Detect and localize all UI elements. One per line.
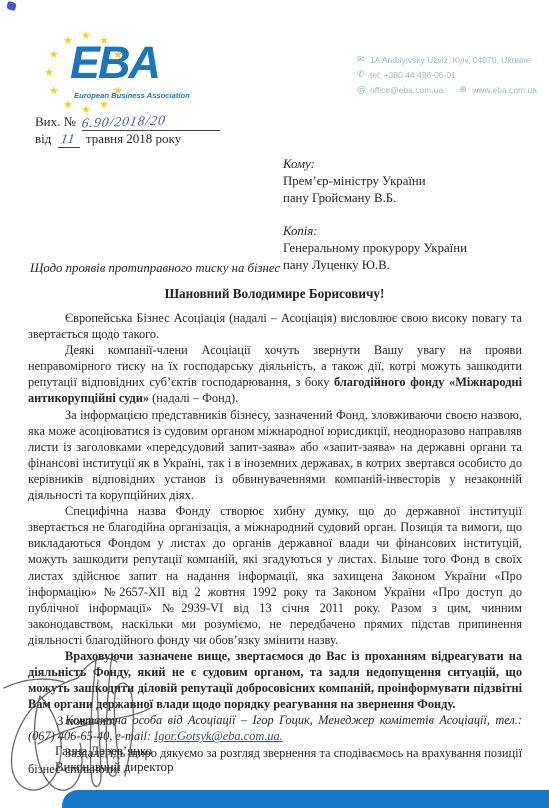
body-paragraph-1: Європейська Бізнес Асоціація (надалі – А…: [28, 310, 522, 342]
logo-acronym: EBA: [70, 40, 159, 85]
ref-date-prefix: від: [35, 131, 51, 146]
recipient-copy-line: Генеральному прокурору України: [283, 240, 467, 257]
contact-phone-row: ✆ tel: +380 44 496-06-01: [357, 70, 542, 80]
recipient-to-line: пану Гройсману В.Б.: [283, 190, 467, 207]
signer-block: Ганна Дерев’янко Виконавчий директор: [55, 743, 173, 775]
contact-person-email-link[interactable]: Igor.Gotsyk@eba.com.ua.: [154, 729, 283, 743]
subject-line: Щодо проявів протиправного тиску на бізн…: [30, 261, 280, 276]
contact-web-row: @ office@eba.com.ua ⊕ www.eba.com.ua: [357, 85, 542, 95]
letter-body: Європейська Бізнес Асоціація (надалі – А…: [28, 310, 522, 777]
recipient-copy-label: Копія:: [283, 223, 467, 240]
contact-website: www.eba.com.ua: [472, 85, 537, 95]
recipient-copy-line: пану Луценку Ю.В.: [283, 257, 467, 274]
eu-star-icon: ★: [99, 99, 109, 110]
recipient-to-line: Прем’єр-міністру України: [283, 173, 467, 190]
contact-email: office@eba.com.ua: [370, 85, 443, 95]
reference-block: Вих. № 6.90/2018/20 від 11 травня 2018 р…: [35, 114, 220, 148]
closing-regards: З повагою,: [57, 714, 116, 729]
phone-icon: ✆: [357, 70, 370, 80]
contact-phone: tel: +380 44 496-06-01: [370, 70, 456, 80]
contact-address: 1A Andriyivsky Uzviz, Kyiv, 04070, Ukrai…: [370, 55, 530, 65]
recipients-block: Кому: Прем’єр-міністру України пану Грой…: [283, 156, 467, 274]
eu-star-icon: ★: [44, 67, 54, 78]
footer-brand-bar: [62, 790, 549, 808]
ref-out-label: Вих. №: [35, 114, 76, 129]
contact-address-row: ✉ 1A Andriyivsky Uzviz, Kyiv, 04070, Ukr…: [357, 55, 542, 65]
salutation: Шановний Володимире Борисовичу!: [0, 286, 549, 302]
recipient-to-label: Кому:: [283, 156, 467, 173]
eu-star-icon: ★: [49, 49, 59, 60]
ref-date-rest: травня 2018 року: [86, 131, 181, 146]
letter-page: ★ ★ ★ ★ ★ ★ ★ ★ ★ ★ ★ ★ EBA European Bus…: [0, 0, 549, 808]
body-paragraph-4: Специфічна назва Фонду створює хибну дум…: [28, 503, 522, 648]
eu-star-icon: ★: [49, 85, 59, 96]
envelope-icon: ✉: [357, 55, 370, 65]
ref-date-day-handwritten: 11: [60, 131, 77, 147]
globe-icon: ⊕: [459, 85, 472, 95]
signer-title: Виконавчий директор: [55, 759, 173, 775]
at-icon: @: [357, 85, 370, 95]
eba-logo: ★ ★ ★ ★ ★ ★ ★ ★ ★ ★ ★ ★ EBA European Bus…: [0, 0, 220, 130]
eu-star-icon: ★: [63, 99, 73, 110]
header-contact-block: ✉ 1A Andriyivsky Uzviz, Kyiv, 04070, Ukr…: [357, 55, 542, 100]
body-paragraph-5-request: Враховуючи зазначене вище, звертаємося д…: [28, 648, 522, 712]
ref-out-number-handwritten: 6.90/2018/20: [81, 113, 167, 132]
body-paragraph-3: За інформацією представників бізнесу, за…: [28, 407, 522, 504]
signer-name: Ганна Дерев’янко: [55, 743, 173, 759]
body-paragraph-2: Деякі компанії-члени Асоціації хочуть зв…: [28, 342, 522, 406]
logo-full-name: European Business Association: [74, 91, 204, 100]
